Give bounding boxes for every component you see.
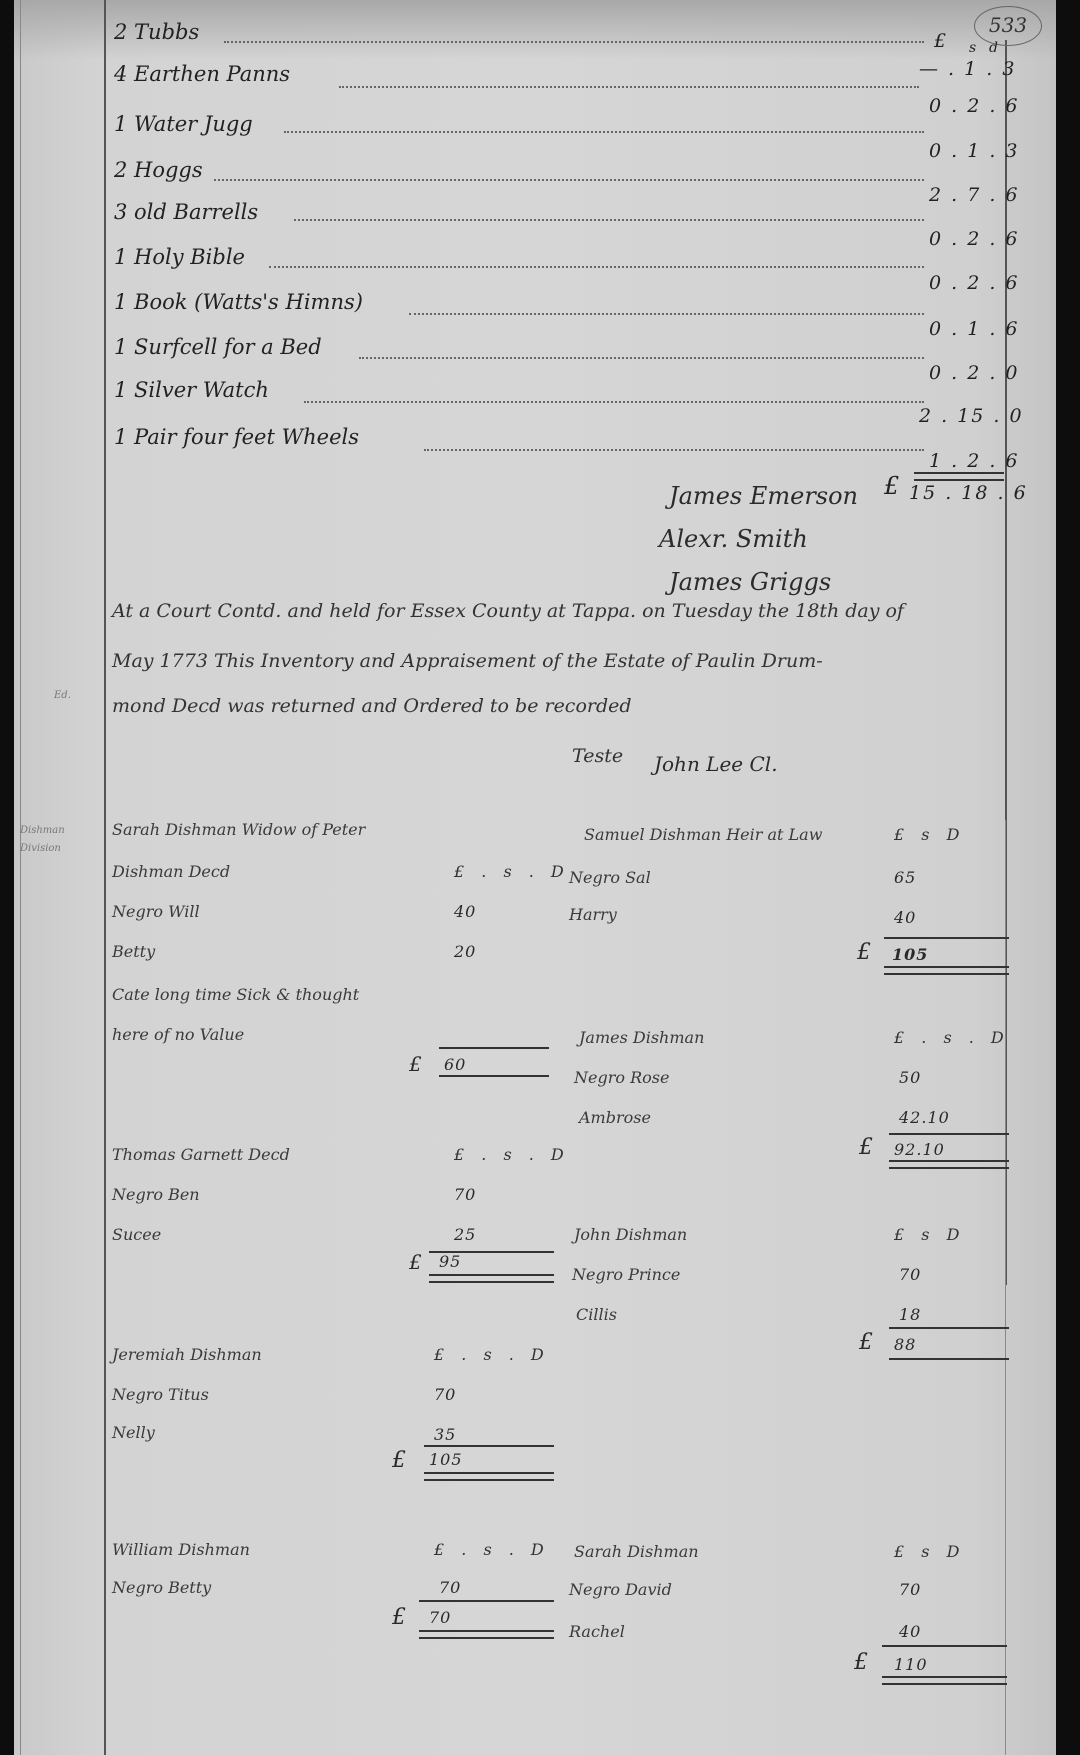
total-pound-symbol: £: [884, 472, 901, 500]
leader-dots: [294, 218, 924, 221]
division-entry: Cate long time Sick & thought: [112, 985, 359, 1004]
heir-heading: Sarah Dishman: [574, 1542, 699, 1561]
pence-header: d: [989, 40, 1000, 56]
division-value: 50: [899, 1068, 921, 1087]
division-value: 70: [434, 1385, 456, 1404]
division-total: 105: [892, 945, 928, 964]
inventory-value: — . 1 . 3: [919, 58, 1016, 80]
division-value: 70: [454, 1185, 476, 1204]
subtotal-rule: [419, 1600, 554, 1602]
division-entry: Negro Ben: [112, 1185, 200, 1204]
inventory-value: 2 . 7 . 6: [929, 184, 1020, 206]
appraiser-signature: Alexr. Smith: [659, 525, 808, 553]
subtotal-rule: [889, 1327, 1009, 1329]
inventory-item: 1 Water Jugg: [114, 112, 253, 136]
margin-rule: [104, 0, 106, 1755]
court-record-line: mond Decd was returned and Ordered to be…: [112, 695, 632, 717]
division-value: 70: [899, 1580, 921, 1599]
division-entry: Ambrose: [579, 1108, 651, 1127]
inventory-value: 0 . 2 . 6: [929, 95, 1020, 117]
leader-dots: [359, 356, 924, 359]
total-rule: [882, 1676, 1007, 1685]
leader-dots: [339, 85, 919, 88]
pound-symbol: £: [409, 1052, 423, 1076]
appraiser-signature: James Griggs: [669, 568, 831, 596]
division-entry: Negro Prince: [572, 1265, 680, 1284]
margin-note: Dishman: [20, 825, 65, 836]
division-entry: Harry: [569, 905, 617, 924]
leader-dots: [304, 400, 924, 403]
left-edge-line: [20, 0, 21, 1755]
heir-heading: Sarah Dishman Widow of Peter: [112, 820, 365, 839]
lsd-header: £ . s . D: [434, 1345, 550, 1364]
heir-heading: John Dishman: [574, 1225, 687, 1244]
lsd-header: £ s D: [894, 1542, 965, 1561]
leader-dots: [214, 178, 924, 181]
division-entry: Negro Betty: [112, 1578, 211, 1597]
division-value: 40: [454, 902, 476, 921]
division-entry: here of no Value: [112, 1025, 244, 1044]
pound-symbol: £: [854, 1650, 869, 1675]
margin-note: Division: [20, 843, 61, 854]
total-rule: [914, 472, 1004, 481]
lsd-header: £ . s . D: [434, 1540, 550, 1559]
lsd-header: £ . s . D: [454, 862, 570, 881]
division-entry: Negro Titus: [112, 1385, 209, 1404]
total-rule: [884, 966, 1009, 975]
division-entry: Negro Rose: [574, 1068, 669, 1087]
heir-heading: Dishman Decd: [112, 862, 230, 881]
inventory-item: 3 old Barrells: [114, 200, 258, 224]
division-value: 40: [899, 1622, 921, 1641]
division-value: 20: [454, 942, 476, 961]
heir-heading: Thomas Garnett Decd: [112, 1145, 290, 1164]
subtotal-rule: [424, 1445, 554, 1447]
division-total: 105: [429, 1450, 463, 1469]
appraiser-signature: James Emerson: [669, 482, 858, 510]
inventory-item: 1 Book (Watts's Himns): [114, 290, 363, 314]
inventory-value: 0 . 2 . 0: [929, 362, 1020, 384]
leader-dots: [284, 130, 924, 133]
pound-symbol: £: [409, 1250, 423, 1274]
total-rule: [419, 1630, 554, 1639]
division-value: 40: [894, 908, 916, 927]
lsd-header: £ s D: [894, 825, 965, 844]
division-value: 70: [439, 1578, 461, 1597]
total-rule: [439, 1075, 549, 1077]
division-total: 60: [444, 1055, 466, 1074]
leader-dots: [424, 448, 924, 451]
lsd-header: £ s D: [894, 1225, 965, 1244]
court-record-line: May 1773 This Inventory and Appraisement…: [112, 650, 823, 672]
division-value: 65: [894, 868, 916, 887]
heir-heading: James Dishman: [579, 1028, 704, 1047]
inventory-item: 1 Pair four feet Wheels: [114, 425, 359, 449]
total-rule: [429, 1274, 554, 1283]
inventory-value: 1 . 2 . 6: [929, 450, 1020, 472]
division-value: 42.10: [899, 1108, 950, 1127]
inventory-value: 0 . 1 . 3: [929, 140, 1020, 162]
heir-heading: William Dishman: [112, 1540, 250, 1559]
division-value: 25: [454, 1225, 476, 1244]
division-total: 88: [894, 1335, 916, 1354]
margin-note: Ed.: [54, 690, 71, 701]
division-value: 18: [899, 1305, 921, 1324]
inventory-item: 2 Hoggs: [114, 158, 203, 182]
division-entry: Rachel: [569, 1622, 625, 1641]
leader-dots: [269, 265, 924, 268]
inventory-item: 4 Earthen Panns: [114, 62, 290, 86]
division-entry: Betty: [112, 942, 155, 961]
heir-heading: Jeremiah Dishman: [112, 1345, 262, 1364]
division-value: 70: [899, 1265, 921, 1284]
inventory-value: 0 . 1 . 6: [929, 318, 1020, 340]
division-entry: Cillis: [576, 1305, 617, 1324]
pound-symbol: £: [859, 1330, 874, 1355]
total-rule: [889, 1160, 1009, 1169]
ledger-page: 533 £ s d 2 Tubbs — . 1 . 3 4 Earthen Pa…: [14, 0, 1056, 1755]
division-entry: Nelly: [112, 1423, 155, 1442]
division-entry: Negro Will: [112, 902, 200, 921]
inventory-item: 1 Holy Bible: [114, 245, 245, 269]
division-value: 35: [434, 1425, 456, 1444]
inventory-item: 1 Silver Watch: [114, 378, 269, 402]
pounds-header: £: [934, 30, 948, 52]
subtotal-rule: [884, 937, 1009, 939]
inventory-value: 0 . 2 . 6: [929, 272, 1020, 294]
pound-symbol: £: [392, 1448, 407, 1473]
inventory-total: 15 . 18 . 6: [909, 482, 1028, 504]
division-entry: Sucee: [112, 1225, 161, 1244]
inventory-value: 0 . 2 . 6: [929, 228, 1020, 250]
shillings-header: s: [969, 40, 978, 56]
division-total: 70: [429, 1608, 451, 1627]
teste-label: Teste: [572, 745, 623, 767]
total-rule: [424, 1472, 554, 1481]
heir-heading: Samuel Dishman Heir at Law: [584, 825, 822, 844]
inventory-item: 2 Tubbs: [114, 20, 199, 44]
leader-dots: [409, 312, 924, 315]
leader-dots: [224, 40, 924, 43]
total-rule: [889, 1358, 1009, 1360]
pound-symbol: £: [857, 940, 872, 965]
division-entry: Negro David: [569, 1580, 672, 1599]
subtotal-rule: [889, 1133, 1009, 1135]
division-total: 92.10: [894, 1140, 945, 1159]
amount-column-rule-mid: [1005, 820, 1006, 1290]
page-number: 533: [974, 6, 1042, 46]
division-total: 95: [439, 1252, 461, 1271]
pound-symbol: £: [392, 1605, 407, 1630]
inventory-item: 1 Surfcell for a Bed: [114, 335, 322, 359]
lsd-header: £ . s . D: [454, 1145, 570, 1164]
subtotal-rule: [439, 1047, 549, 1049]
subtotal-rule: [882, 1645, 1007, 1647]
pound-symbol: £: [859, 1135, 874, 1160]
lsd-header: £ . s . D: [894, 1028, 1010, 1047]
division-total: 110: [894, 1655, 928, 1674]
clerk-signature: John Lee Cl.: [654, 752, 778, 776]
division-entry: Negro Sal: [569, 868, 651, 887]
court-record-line: At a Court Contd. and held for Essex Cou…: [112, 600, 904, 622]
inventory-value: 2 . 15 . 0: [919, 405, 1024, 427]
